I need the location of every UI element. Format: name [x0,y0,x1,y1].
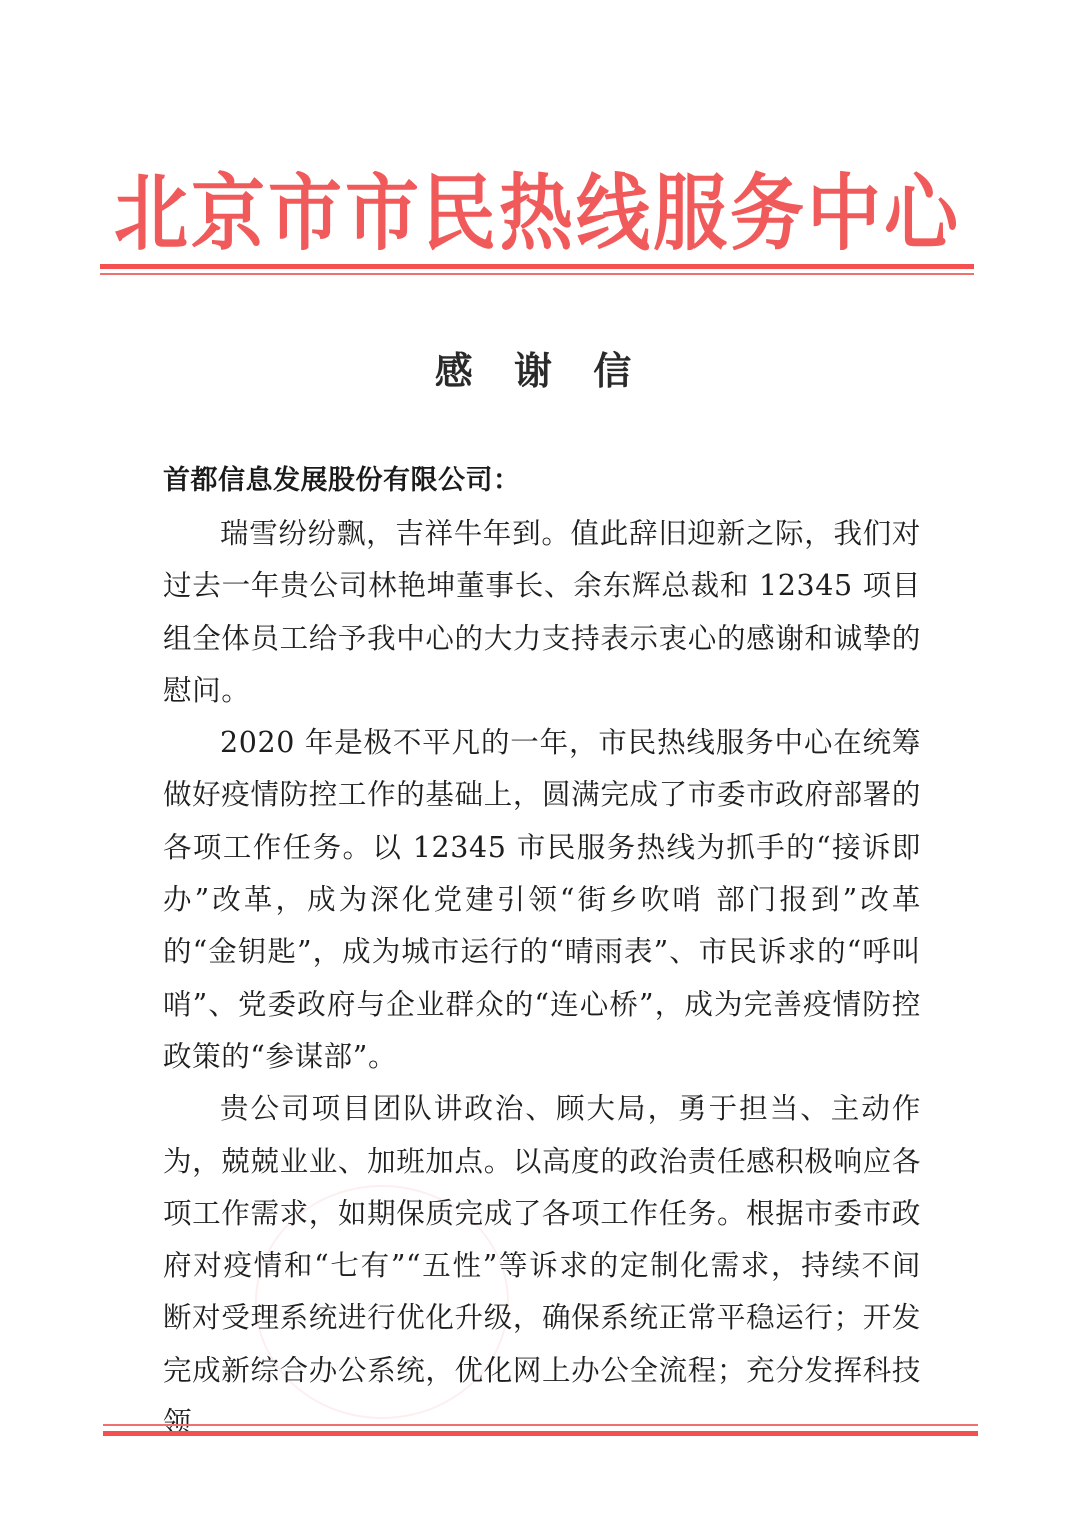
paragraph-1: 瑞雪纷纷飘，吉祥牛年到。值此辞旧迎新之际，我们对过去一年贵公司林艳坤董事长、余东… [163,508,921,717]
letter-body: 瑞雪纷纷飘，吉祥牛年到。值此辞旧迎新之际，我们对过去一年贵公司林艳坤董事长、余东… [163,508,921,1449]
header-rule-thin [100,273,974,275]
footer-rule-thin [103,1424,978,1426]
paragraph-3: 贵公司项目团队讲政治、顾大局，勇于担当、主动作为，兢兢业业、加班加点。以高度的政… [163,1083,921,1449]
document-title: 感 谢 信 [0,340,1080,395]
header-rule-thick [100,264,974,269]
letterhead: 北京市市民热线服务中心 [100,160,975,256]
footer-rule-thick [103,1431,978,1436]
letterhead-org-name: 北京市市民热线服务中心 [100,160,975,268]
paragraph-2: 2020 年是极不平凡的一年，市民热线服务中心在统筹做好疫情防控工作的基础上，圆… [163,717,921,1083]
salutation: 首都信息发展股份有限公司： [163,458,521,497]
